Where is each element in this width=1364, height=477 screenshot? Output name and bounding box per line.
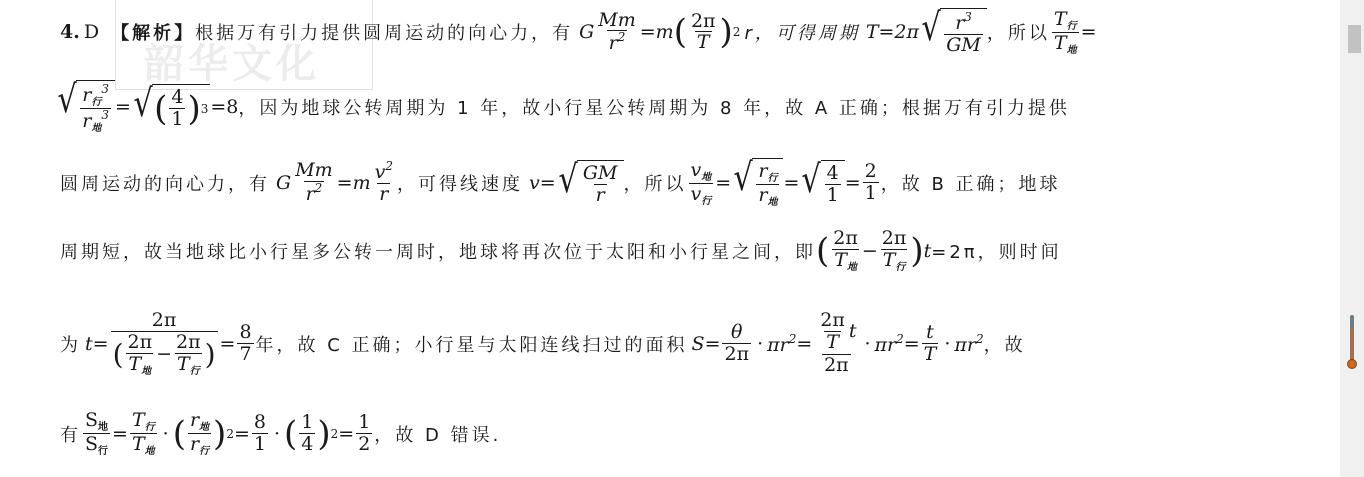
paren-close: ) bbox=[213, 417, 226, 451]
sqrt-r-ratio: √r行3r地3 bbox=[55, 80, 115, 135]
paren-open: ( bbox=[173, 417, 186, 451]
paren-close: ) bbox=[317, 417, 330, 451]
period-formula: T=2π bbox=[866, 21, 919, 43]
document-page: 韶华文化 4. D 【解析】 根据万有引力提供圆周运动的向心力，有 G Mmr2… bbox=[0, 0, 1340, 477]
fraction-nested: 2πTt2π bbox=[814, 310, 858, 377]
fraction-2pi-Txing: 2πT行 bbox=[880, 228, 909, 273]
scrollbar-thumb[interactable] bbox=[1348, 25, 1361, 53]
line5-text-3: ，故 bbox=[984, 331, 1026, 357]
sqrt-4-1: √41 bbox=[799, 160, 844, 207]
sqrt-r3-GM: √r3GM bbox=[919, 8, 987, 57]
velocity-v: v= bbox=[529, 172, 556, 194]
line6-text-2: ，故 D 错误. bbox=[374, 421, 501, 447]
equals-sign: = bbox=[220, 333, 236, 355]
pi-r2: πr2 bbox=[767, 332, 796, 356]
line1-text-2: r，可得周期 bbox=[744, 19, 859, 45]
thermometer-icon[interactable] bbox=[1347, 315, 1357, 371]
pi-r2: πr2 bbox=[875, 332, 904, 356]
sqrt-GM-r: √GMr bbox=[556, 160, 624, 207]
fraction-8-7: 87 bbox=[237, 322, 253, 366]
paren-close: ) bbox=[720, 15, 733, 49]
equals-m: =m bbox=[640, 21, 674, 43]
fraction-v-ratio: v地v行 bbox=[689, 160, 714, 208]
dot-operator: · bbox=[163, 423, 169, 445]
equals-sign: = bbox=[115, 96, 131, 118]
equals-sign: = bbox=[338, 423, 354, 445]
solution-line-4: 周期短，故当地球比小行星多公转一周时，地球将再次位于太阳和小行星之间，即 ( 2… bbox=[60, 228, 1062, 273]
dot-operator: · bbox=[944, 333, 950, 355]
line5-text-2: 年，故 C 正确；小行星与太阳连线扫过的面积 bbox=[256, 331, 688, 357]
line1-text-3: ，所以 bbox=[987, 19, 1050, 45]
fraction-2-1: 21 bbox=[863, 161, 879, 205]
fraction-2pi-T: 2πT bbox=[689, 11, 718, 55]
fraction-1-4: 14 bbox=[299, 412, 315, 456]
thermometer-bulb bbox=[1347, 359, 1357, 369]
sqrt-4-1-cubed: √(41)3 bbox=[131, 84, 210, 131]
dot-operator: · bbox=[274, 423, 280, 445]
line6-text-1: 有 bbox=[60, 421, 81, 447]
analysis-label: 【解析】 bbox=[111, 19, 195, 45]
gravity-G: G bbox=[276, 172, 291, 194]
area-S: S= bbox=[692, 333, 721, 355]
answer-letter: D bbox=[84, 21, 99, 43]
fraction-Mm-r2: Mmr2 bbox=[293, 160, 334, 206]
line3-text-3: ，所以 bbox=[624, 170, 687, 196]
equals-sign: = bbox=[234, 423, 250, 445]
line3-text-1: 圆周运动的向心力，有 bbox=[60, 170, 270, 196]
vertical-scrollbar[interactable] bbox=[1340, 0, 1364, 477]
line3-text-2: ，可得线速度 bbox=[397, 170, 523, 196]
fraction-r-ratio: r地r行 bbox=[188, 410, 211, 458]
fraction-2pi-Tdi: 2πT地 bbox=[831, 228, 860, 273]
equals-sign: = bbox=[845, 172, 861, 194]
line4-text-2: =2π，则时间 bbox=[931, 238, 1061, 264]
minus-sign: − bbox=[862, 240, 878, 262]
fraction-T-ratio: T行T地 bbox=[130, 410, 157, 458]
fraction-t-T: tT bbox=[922, 322, 939, 366]
line1-text-1: 根据万有引力提供圆周运动的向心力，有 bbox=[195, 19, 573, 45]
paren-open: ( bbox=[284, 417, 297, 451]
solution-line-6: 有 S地S行 = T行T地 · ( r地r行 )2 = 81 · ( 14 )2… bbox=[60, 410, 501, 458]
equals-sign: = bbox=[1081, 21, 1097, 43]
line4-text-1: 周期短，故当地球比小行星多公转一周时，地球将再次位于太阳和小行星之间，即 bbox=[60, 238, 816, 264]
fraction-8-1: 81 bbox=[252, 412, 268, 456]
fraction-Txing-Tdi: T行T地 bbox=[1052, 9, 1079, 57]
gravity-G: G bbox=[579, 21, 594, 43]
equals-sign: = bbox=[904, 333, 920, 355]
line3-text-4: ，故 B 正确；地球 bbox=[881, 170, 1061, 196]
solution-line-5: 为 t= 2π(2πT地−2πT行) = 87 年，故 C 正确；小行星与太阳连… bbox=[60, 310, 1026, 377]
pi-r2: πr2 bbox=[954, 332, 983, 356]
paren-open: ( bbox=[674, 15, 687, 49]
question-number: 4. bbox=[60, 21, 80, 43]
fraction-1-2: 12 bbox=[356, 412, 372, 456]
dot-operator: · bbox=[864, 333, 870, 355]
line5-text-1: 为 bbox=[60, 331, 81, 357]
dot-operator: · bbox=[757, 333, 763, 355]
time-t: t bbox=[924, 240, 932, 262]
fraction-v2-r: v2r bbox=[373, 160, 395, 206]
fraction-S-ratio: S地S行 bbox=[83, 410, 110, 458]
equals-sign: = bbox=[112, 423, 128, 445]
equals-sign: = bbox=[783, 172, 799, 194]
line2-text: ，因为地球公转周期为 1 年，故小行星公转周期为 8 年，故 A 正确；根据万有… bbox=[238, 94, 1070, 120]
sqrt-r-ratio-2: √r行r地 bbox=[731, 158, 783, 209]
fraction-theta-2pi: θ2π bbox=[722, 322, 751, 366]
equals-sign: = bbox=[796, 333, 812, 355]
solution-line-3: 圆周运动的向心力，有 G Mmr2 =m v2r ，可得线速度 v= √GMr … bbox=[60, 158, 1061, 209]
solution-line-2: √r行3r地3 = √(41)3 =8 ，因为地球公转周期为 1 年，故小行星公… bbox=[55, 80, 1070, 135]
equals-sign: = bbox=[715, 172, 731, 194]
paren-close: ) bbox=[910, 234, 923, 268]
solution-line-1: 4. D 【解析】 根据万有引力提供圆周运动的向心力，有 G Mmr2 =m (… bbox=[60, 8, 1096, 57]
equals-m: =m bbox=[337, 172, 371, 194]
fraction-2pi-over-diff: 2π(2πT地−2πT行) bbox=[111, 310, 218, 377]
fraction-Mm-r2: Mmr2 bbox=[596, 10, 637, 56]
result-8: =8 bbox=[210, 96, 238, 118]
time-t: t= bbox=[85, 333, 109, 355]
paren-open: ( bbox=[816, 234, 829, 268]
